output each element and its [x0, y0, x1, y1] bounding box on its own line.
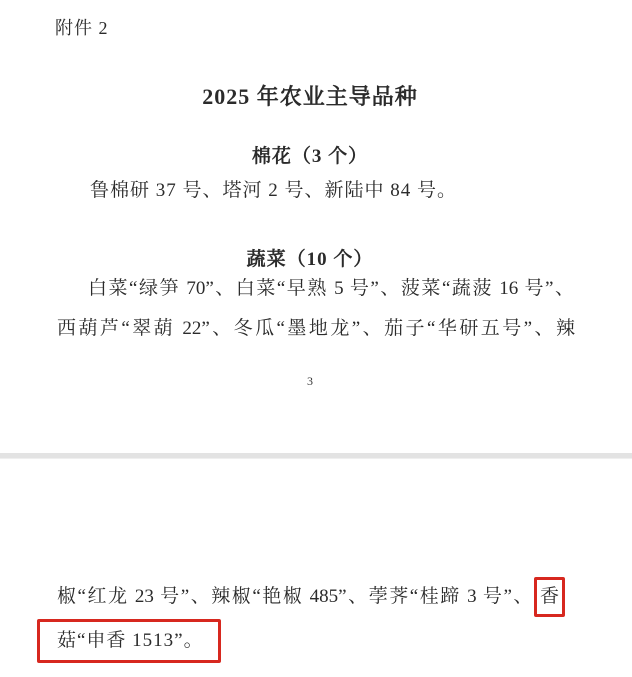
highlight-box-phrase: 菇“申香 1513”。 [37, 619, 221, 663]
section-heading-cotton: 棉花（3 个） [0, 141, 620, 168]
highlighted-phrase: 菇“申香 1513”。 [57, 630, 204, 651]
highlighted-char: 香 [540, 586, 559, 607]
document-page: 附件 2 2025 年农业主导品种 棉花（3 个） 鲁棉研 37 号、塔河 2 … [0, 0, 632, 677]
highlight-box-char: 香 [534, 577, 565, 617]
cotton-varieties-line: 鲁棉研 37 号、塔河 2 号、新陆中 84 号。 [90, 179, 457, 203]
vegetable-varieties-line-1: 白菜“绿笋 70”、白菜“早熟 5 号”、菠菜“蔬菠 16 号”、 [88, 277, 574, 301]
continuation-line-1: 椒“红龙 23 号”、辣椒“艳椒 485”、荸荠“桂蹄 3 号”、香 [57, 585, 565, 609]
attachment-label: 附件 2 [55, 14, 109, 40]
vegetable-varieties-line-2: 西葫芦“翠葫 22”、冬瓜“墨地龙”、茄子“华研五号”、辣 [57, 317, 575, 341]
document-title: 2025 年农业主导品种 [0, 80, 620, 111]
section-heading-vegetables: 蔬菜（10 个） [0, 244, 620, 271]
page-number: 3 [0, 374, 620, 389]
page-break-divider [0, 453, 632, 459]
continuation-line-2: 菇“申香 1513”。 [57, 629, 221, 653]
continuation-line-1-text: 椒“红龙 23 号”、辣椒“艳椒 485”、荸荠“桂蹄 3 号”、 [57, 586, 534, 607]
